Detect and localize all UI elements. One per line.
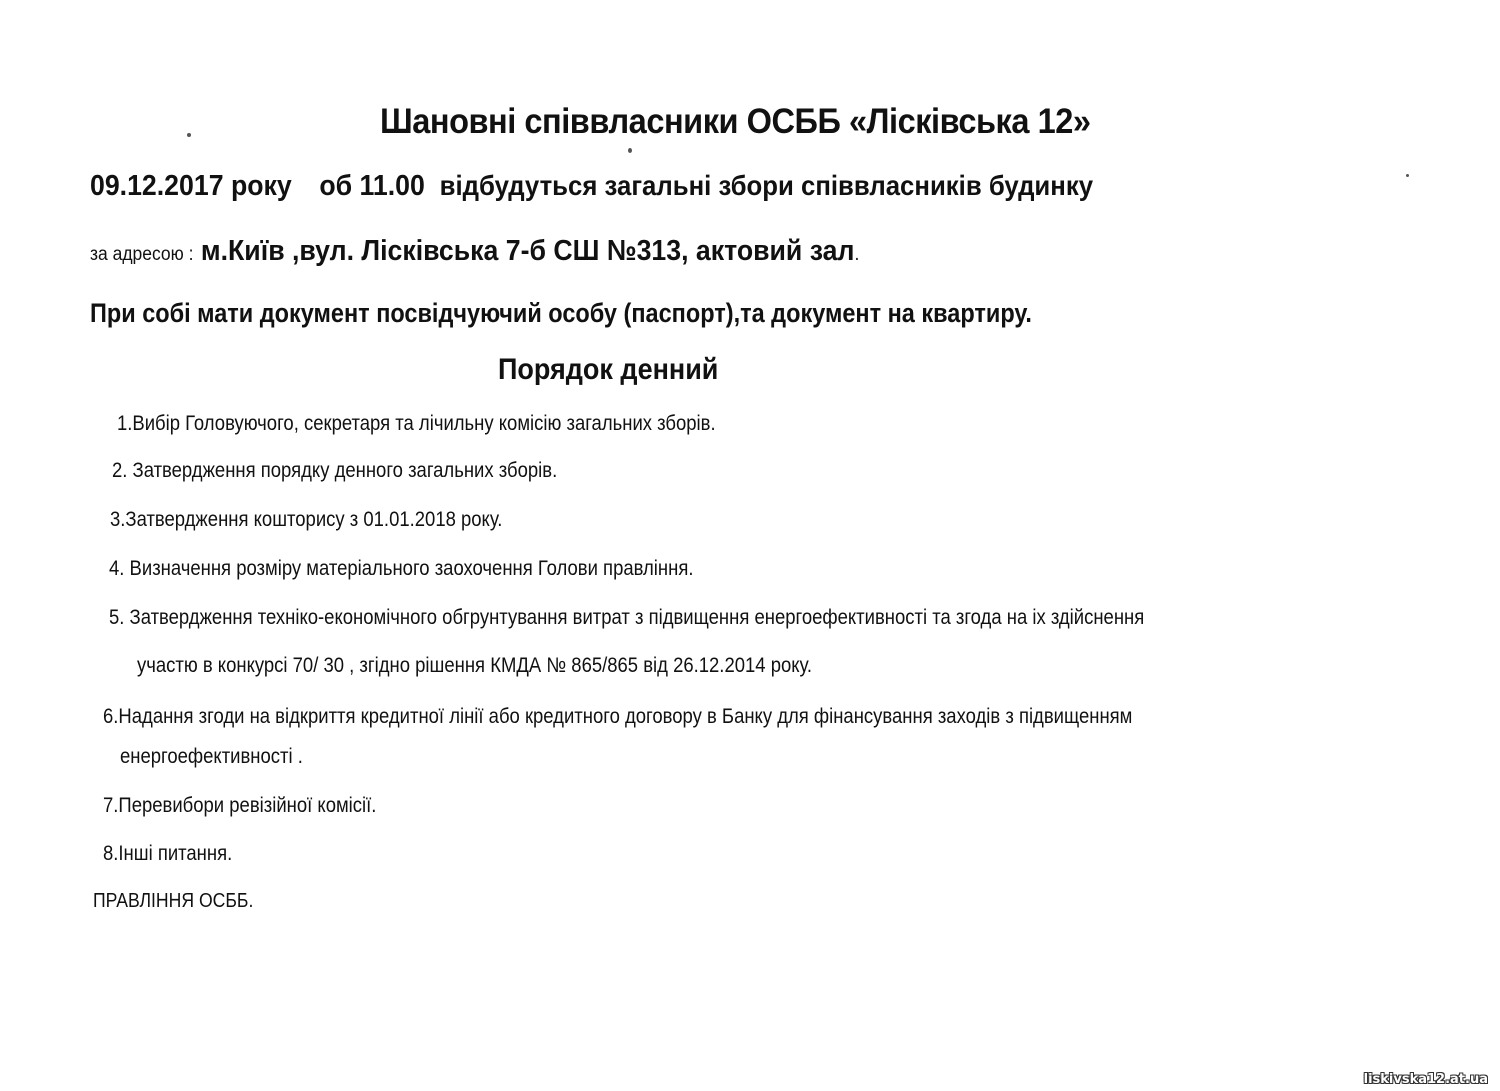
agenda-title: Порядок денний	[498, 353, 718, 387]
agenda-item-2: 2. Затвердження порядку денного загальни…	[112, 459, 557, 483]
scan-speck	[628, 148, 632, 153]
meeting-datetime-line: 09.12.2017 рокуоб 11.00 відбудуться зага…	[90, 170, 1093, 203]
documents-note: При собі мати документ посвідчуючий особ…	[90, 298, 1032, 329]
agenda-item-3: 3.Затвердження кошторису з 01.01.2018 ро…	[110, 508, 502, 532]
meeting-time: об 11.00	[319, 170, 424, 202]
agenda-item-5: 5. Затвердження техніко-економічного обг…	[109, 606, 1144, 630]
address-label: за адресою :	[90, 244, 193, 265]
agenda-item-8: 8.Інші питання.	[103, 842, 232, 866]
site-watermark: liskivska12.at.ua	[1364, 1072, 1488, 1087]
signature: ПРАВЛІННЯ ОСББ.	[93, 890, 253, 913]
scan-speck	[1406, 174, 1409, 177]
address-value: м.Київ ,вул. Лісківська 7-б СШ №313, акт…	[201, 235, 855, 267]
scan-speck	[187, 133, 191, 137]
meeting-date: 09.12.2017 року	[90, 170, 292, 202]
agenda-item-7: 7.Перевибори ревізійної комісії.	[103, 794, 376, 818]
agenda-item-6: 6.Надання згоди на відкриття кредитної л…	[103, 705, 1132, 729]
address-trailing: .	[854, 244, 859, 265]
meeting-address-line: за адресою : м.Київ ,вул. Лісківська 7-б…	[90, 235, 859, 268]
meeting-description: відбудуться загальні збори співвласників…	[440, 170, 1093, 201]
agenda-item-4: 4. Визначення розміру матеріального заох…	[109, 557, 693, 581]
agenda-item-6-continuation: енергоефективності .	[120, 745, 303, 769]
agenda-item-5-continuation: участю в конкурсі 70/ 30 , згідно рішенн…	[137, 654, 812, 678]
agenda-item-1: 1.Вибір Головуючого, секретаря та лічиль…	[117, 412, 716, 436]
notice-title: Шановні співвласники ОСББ «Лісківська 12…	[380, 102, 1090, 142]
